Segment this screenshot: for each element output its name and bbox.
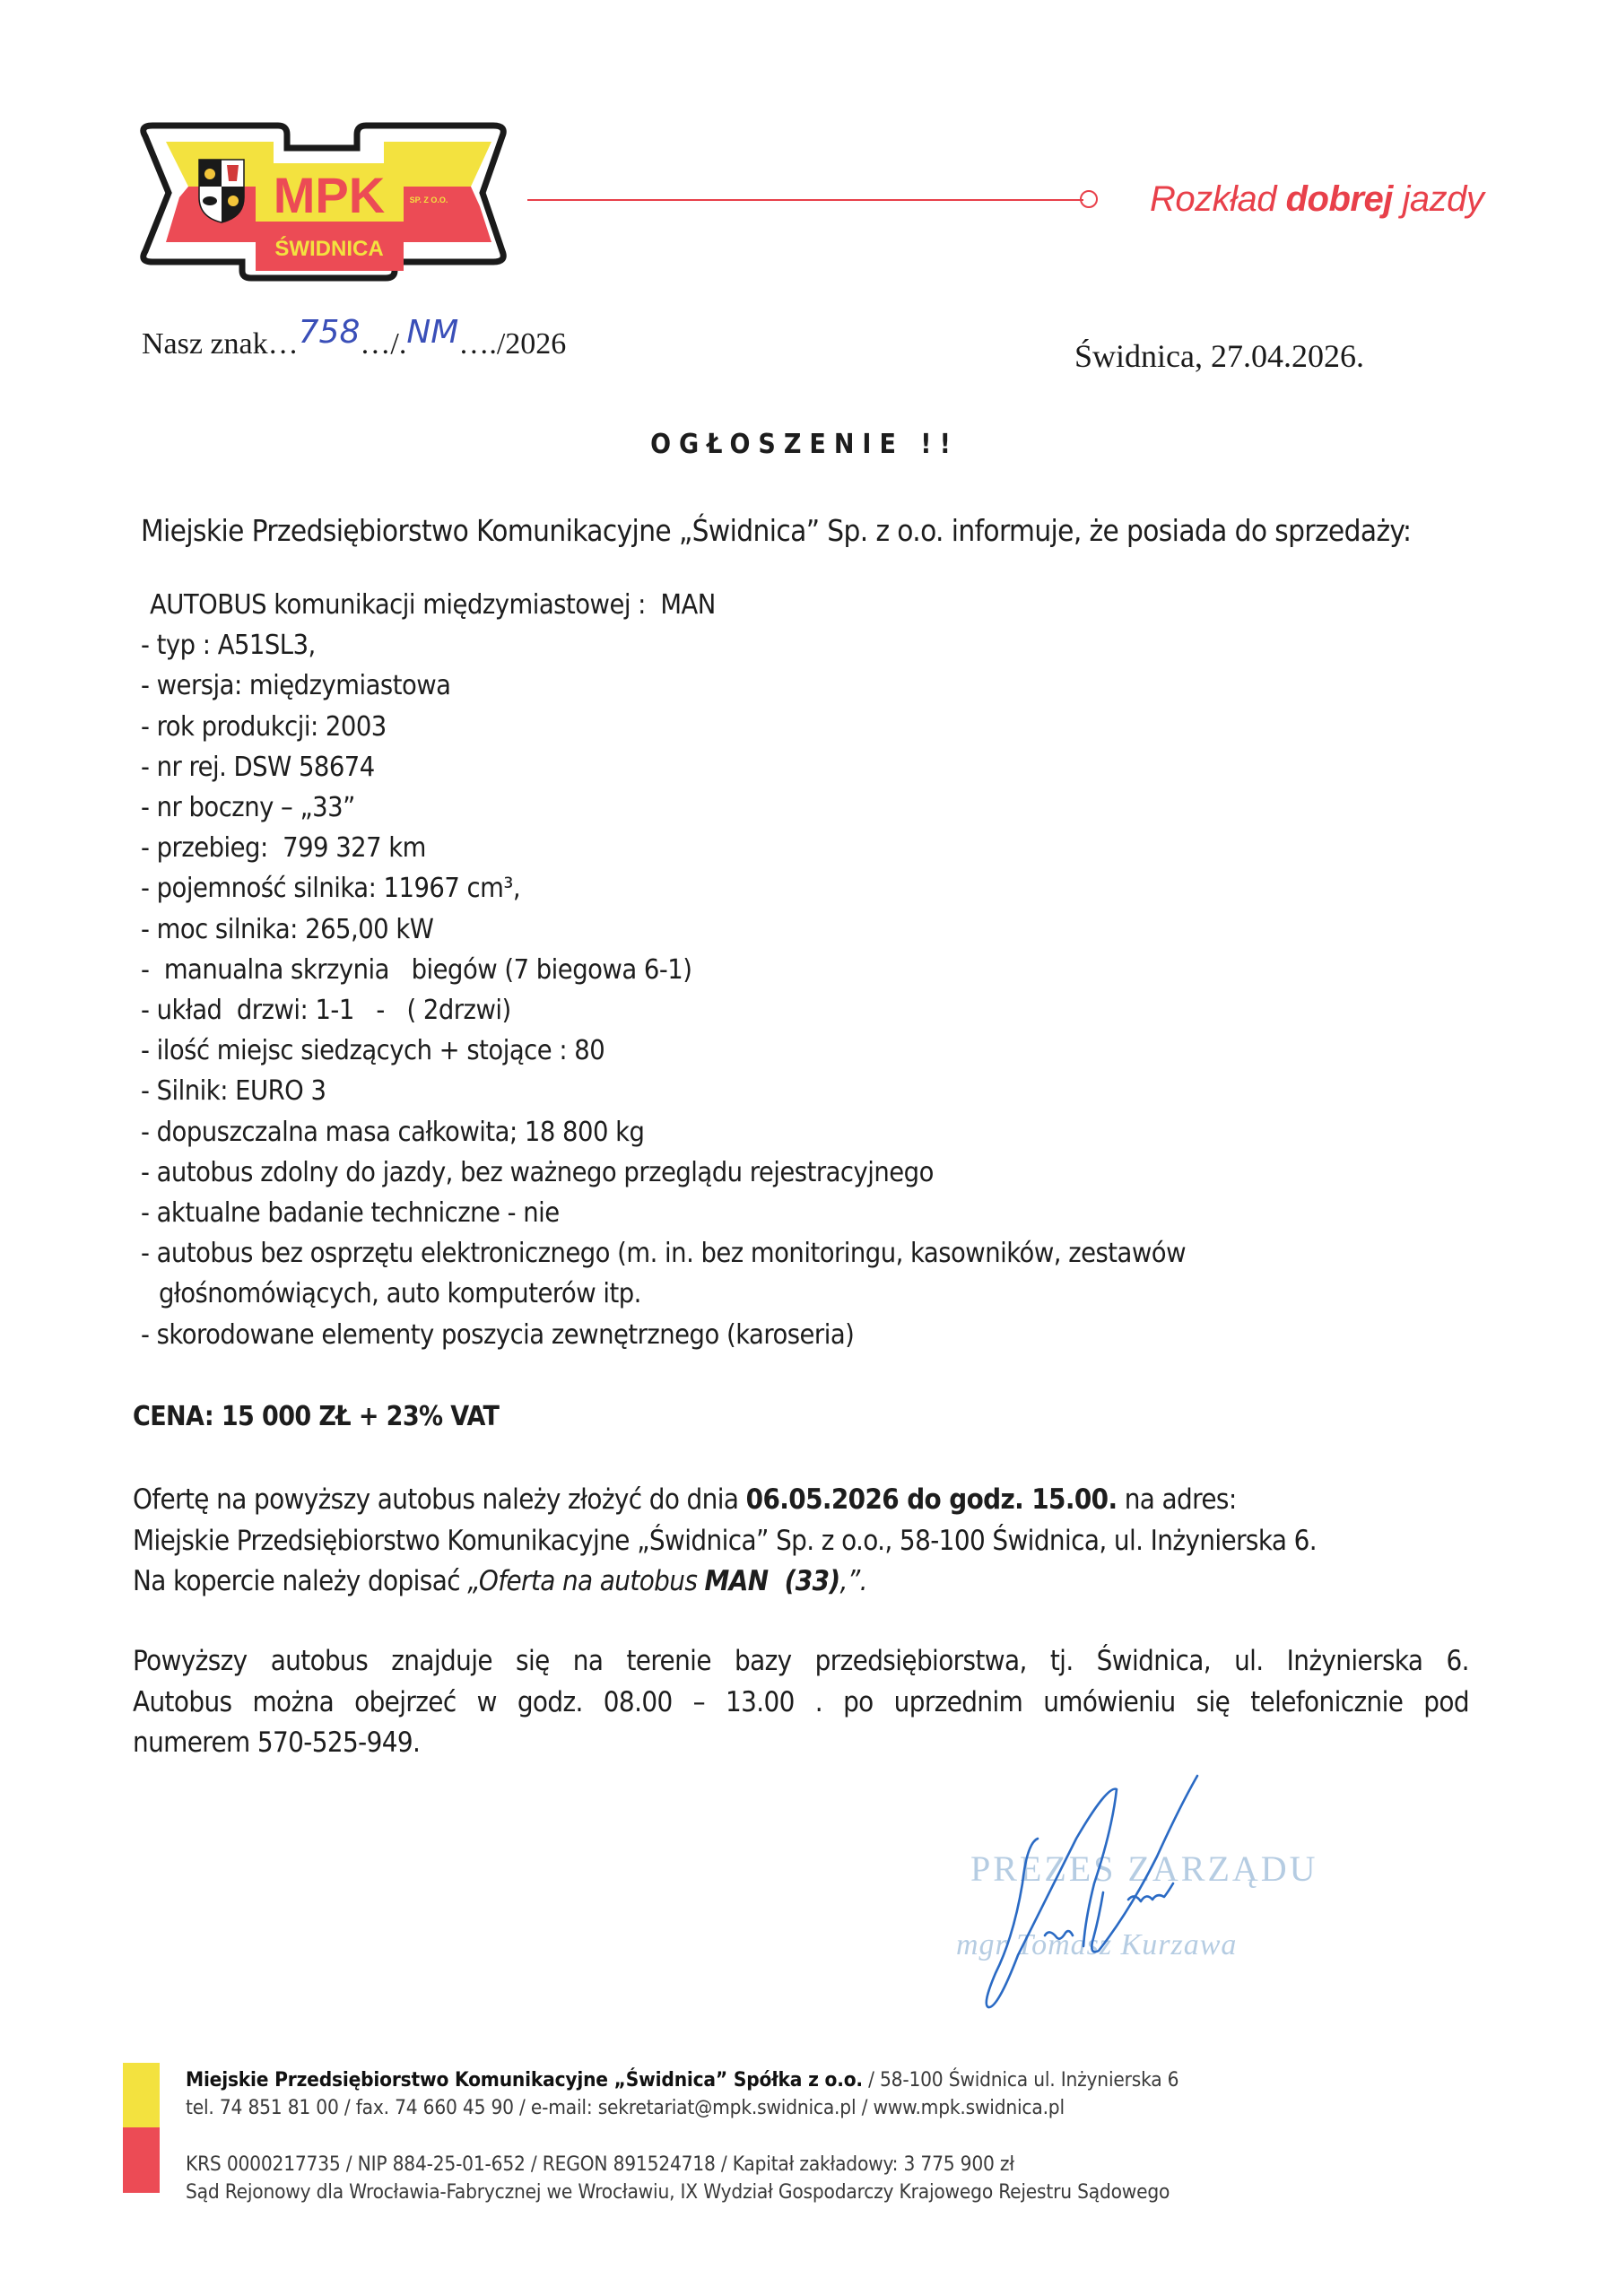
svg-text:MPK: MPK [274,167,385,223]
tagline: Rozkład dobrej jazdy [1150,179,1483,220]
price: CENA: 15 000 ZŁ + 23% VAT [133,1401,499,1432]
spec-item: - rok produkcji: 2003 [141,707,1186,747]
coat-of-arms-icon [199,160,244,222]
spec-item: - Silnik: EURO 3 [141,1071,1186,1111]
offer-paragraph: Ofertę na powyższy autobus należy złożyć… [133,1480,1317,1603]
location-line: Autobusmożnaobejrzećwgodz.08.00–13.00.po… [133,1683,1469,1724]
spec-heading: AUTOBUS komunikacji międzymiastowej : MA… [141,585,1186,625]
offer-envelope-note: Na kopercie należy dopisać „Oferta na au… [133,1561,1317,1603]
spec-item: - moc silnika: 265,00 kW [141,909,1186,950]
spec-item-continuation: głośnomówiących, auto komputerów itp. [141,1274,1186,1314]
spec-item: - manualna skrzynia biegów (7 biegowa 6-… [141,950,1186,990]
document-title: OGŁOSZENIE !! [0,429,1609,460]
footer-yellow-bar [123,2063,160,2127]
location-paragraph: Powyższyautobusznajdujesięnatereniebazyp… [133,1641,1469,1764]
footer-contact: tel. 74 851 81 00 / fax. 74 660 45 90 / … [186,2096,1065,2119]
svg-text:ŚWIDNICA: ŚWIDNICA [274,236,383,261]
spec-item: - pojemność silnika: 11967 cm³, [141,868,1186,909]
spec-item: - wersja: międzymiastowa [141,665,1186,706]
document-date: Świdnica, 27.04.2026. [1074,337,1364,375]
reference-number: Nasz znak…758…/.NM…./2026 [142,325,566,361]
signature [933,1758,1309,2018]
footer-red-bar [123,2127,160,2193]
offer-line: Ofertę na powyższy autobus należy złożyć… [133,1480,1317,1521]
svg-text:SP. Z O.O.: SP. Z O.O. [410,196,448,204]
spec-item: - układ drzwi: 1-1 - ( 2drzwi) [141,990,1186,1031]
header-rule [527,199,1083,201]
footer-court: Sąd Rejonowy dla Wrocławia-Fabrycznej we… [186,2180,1170,2204]
handwritten-initials: NM [406,314,458,351]
spec-item: - nr rej. DSW 58674 [141,747,1186,787]
spec-item: - dopuszczalna masa całkowita; 18 800 kg [141,1112,1186,1152]
location-line: Powyższyautobusznajdujesięnatereniebazyp… [133,1641,1469,1683]
spec-item: - typ : A51SL3, [141,625,1186,665]
footer-registry: KRS 0000217735 / NIP 884-25-01-652 / REG… [186,2152,1014,2176]
spec-item: - ilość miejsc siedzących + stojące : 80 [141,1031,1186,1071]
spec-item: - autobus bez osprzętu elektronicznego (… [141,1233,1186,1274]
spec-item: - autobus zdolny do jazdy, bez ważnego p… [141,1152,1186,1193]
spec-list: AUTOBUS komunikacji międzymiastowej : MA… [141,585,1186,1355]
spec-item: - skorodowane elementy poszycia zewnętrz… [141,1315,1186,1355]
footer-company: Miejskie Przedsiębiorstwo Komunikacyjne … [186,2068,1178,2092]
offer-address: Miejskie Przedsiębiorstwo Komunikacyjne … [133,1521,1317,1562]
spec-item: - nr boczny – „33” [141,787,1186,828]
mpk-logo: MPK ŚWIDNICA SP. Z O.O. [126,108,529,287]
intro-paragraph: Miejskie Przedsiębiorstwo Komunikacyjne … [141,513,1411,548]
handwritten-number: 758 [299,314,361,351]
spec-item: - aktualne badanie techniczne - nie [141,1193,1186,1233]
spec-item: - przebieg: 799 327 km [141,828,1186,868]
offer-deadline: 06.05.2026 do godz. 15.00. [746,1483,1118,1516]
header-circle-icon [1080,190,1098,208]
